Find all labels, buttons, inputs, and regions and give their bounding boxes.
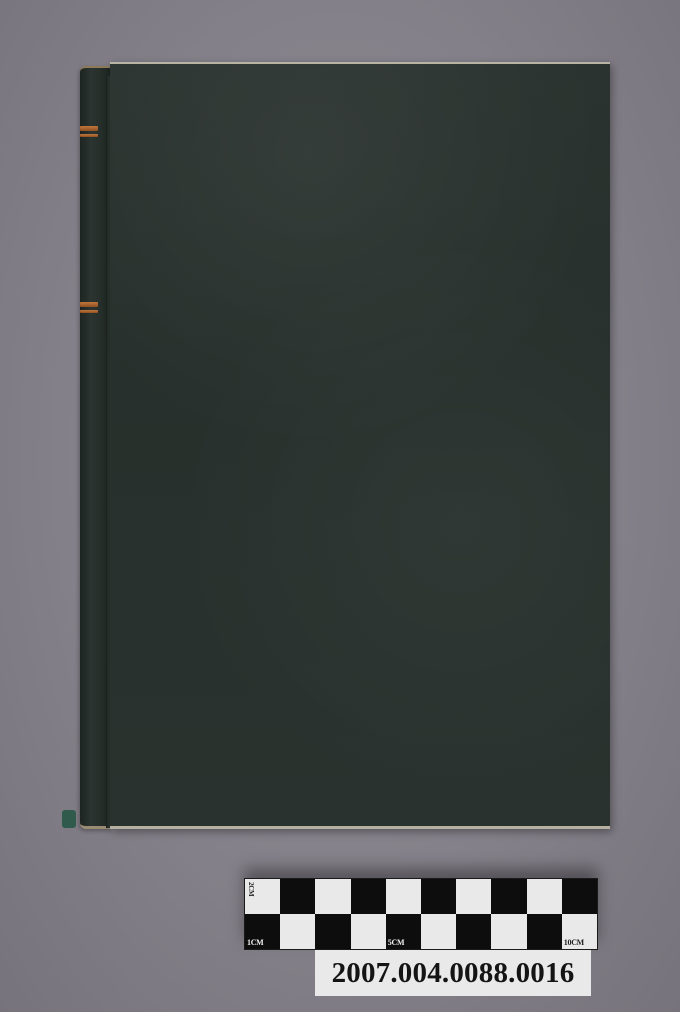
book-cover (110, 62, 610, 829)
scale-cell (527, 879, 562, 914)
spine-band (80, 302, 98, 307)
scale-cell (562, 879, 597, 914)
book-spine (80, 66, 112, 829)
spine-band (80, 134, 98, 137)
spine-band (80, 126, 98, 131)
scale-cell (456, 914, 491, 949)
headband (62, 810, 76, 828)
scale-cell (351, 914, 386, 949)
scale-cell (280, 879, 315, 914)
scale-cell (315, 879, 350, 914)
book (80, 62, 610, 826)
scale-cell (315, 914, 350, 949)
scale-cell (491, 879, 526, 914)
scale-cell: 10CM (562, 914, 597, 949)
scale-cell (421, 879, 456, 914)
scale-cell: 1CM (245, 914, 280, 949)
scale-cell: 5CM (386, 914, 421, 949)
scale-cell (351, 879, 386, 914)
scale-label-5cm: 5CM (388, 938, 404, 947)
scale-cell (280, 914, 315, 949)
scale-label-10cm: 10CM (564, 938, 584, 947)
scale-label-1cm: 1CM (247, 938, 263, 947)
spine-band (80, 310, 98, 313)
scale-cell (456, 879, 491, 914)
scale-cell: 2CM (245, 879, 280, 914)
scale-cell (386, 879, 421, 914)
scale-label-2cm: 2CM (247, 882, 255, 896)
scale-cell (491, 914, 526, 949)
color-scale-bar: 2CM 1CM 5CM 10CM (244, 878, 598, 950)
accession-number-label: 2007.004.0088.0016 (315, 950, 591, 996)
scale-cell (421, 914, 456, 949)
scale-cell (527, 914, 562, 949)
